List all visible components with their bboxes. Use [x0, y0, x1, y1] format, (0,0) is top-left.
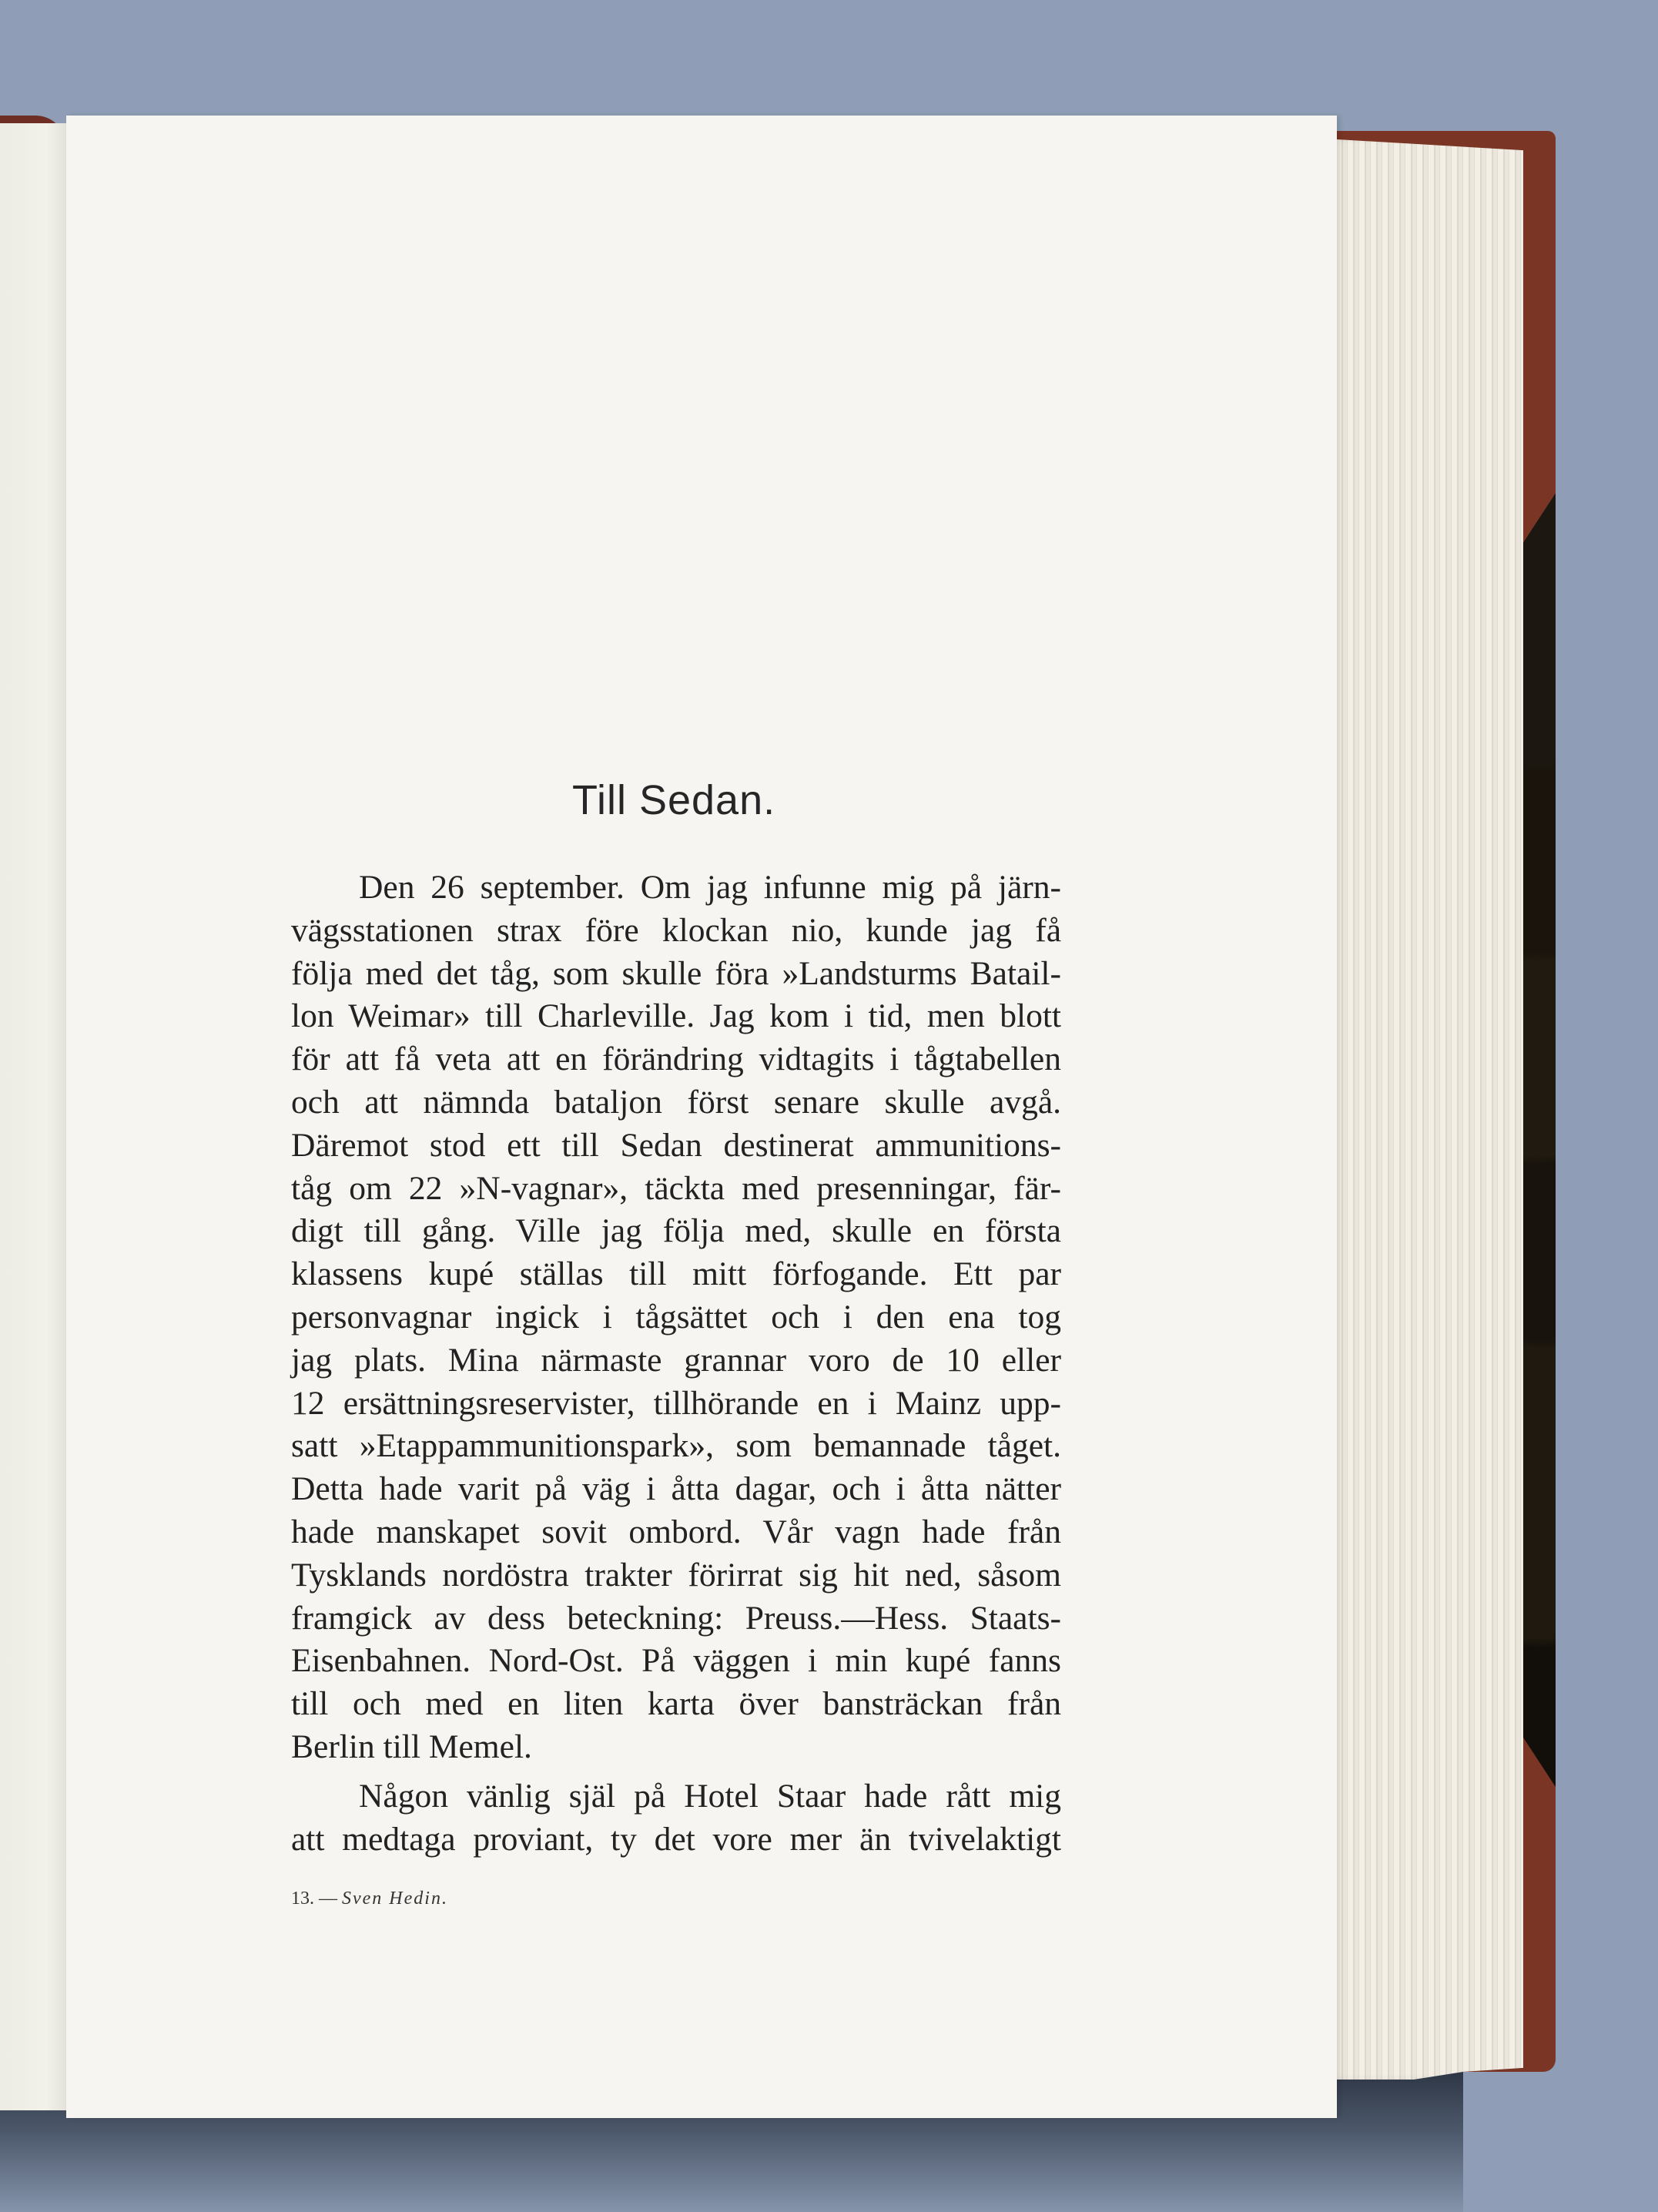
text-line: digt till gång. Ville jag följa med, sku… [291, 1210, 1061, 1253]
text-line: Någon vänlig själ på Hotel Staar hade rå… [291, 1775, 1061, 1818]
body-text: Den 26 september. Om jag infunne mig på … [291, 866, 1061, 1861]
text-line: Den 26 september. Om jag infunne mig på … [291, 866, 1061, 910]
text-line: tåg om 22 »N-vagnar», täckta med presenn… [291, 1168, 1061, 1211]
text-line: framgick av dess beteckning: Preuss.—Hes… [291, 1597, 1061, 1641]
book-page: Till Sedan. Den 26 september. Om jag inf… [66, 116, 1337, 2118]
text-line: Detta hade varit på väg i åtta dagar, oc… [291, 1468, 1061, 1511]
text-line: följa med det tåg, som skulle föra »Land… [291, 953, 1061, 996]
text-line: Tysklands nordöstra trakter förirrat sig… [291, 1554, 1061, 1597]
text-line: lon Weimar» till Charleville. Jag kom i … [291, 995, 1061, 1038]
text-line: jag plats. Mina närmaste grannar voro de… [291, 1339, 1061, 1382]
text-line: personvagnar ingick i tågsättet och i de… [291, 1296, 1061, 1339]
left-page-edge [0, 123, 67, 2110]
chapter-title: Till Sedan. [572, 776, 775, 824]
text-line: till och med en liten karta över bansträ… [291, 1683, 1061, 1726]
text-line: klassens kupé ställas till mitt förfogan… [291, 1253, 1061, 1296]
text-line: vägsstationen strax före klockan nio, ku… [291, 910, 1061, 953]
text-line: satt »Etappammunitionspark», som bemanna… [291, 1425, 1061, 1468]
signature-mark: 13. — Sven Hedin. [291, 1889, 448, 1909]
text-line: Eisenbahnen. Nord-Ost. På väggen i min k… [291, 1640, 1061, 1683]
signature-number: 13. [291, 1889, 314, 1909]
page-stack-edges [1325, 139, 1523, 2080]
signature-dash: — [319, 1889, 337, 1909]
text-line: Däremot stod ett till Sedan destinerat a… [291, 1124, 1061, 1168]
text-line: för att få veta att en förändring vidtag… [291, 1038, 1061, 1081]
marbled-cover-panel [1522, 493, 1556, 1787]
text-line: att medtaga proviant, ty det vore mer än… [291, 1818, 1061, 1862]
signature-author: Sven Hedin. [342, 1889, 448, 1909]
text-line: hade manskapet sovit ombord. Vår vagn ha… [291, 1511, 1061, 1554]
text-line: och att nämnda bataljon först senare sku… [291, 1081, 1061, 1124]
text-line: 12 ersättningsreservister, tillhörande e… [291, 1382, 1061, 1426]
text-line: Berlin till Memel. [291, 1726, 1061, 1769]
